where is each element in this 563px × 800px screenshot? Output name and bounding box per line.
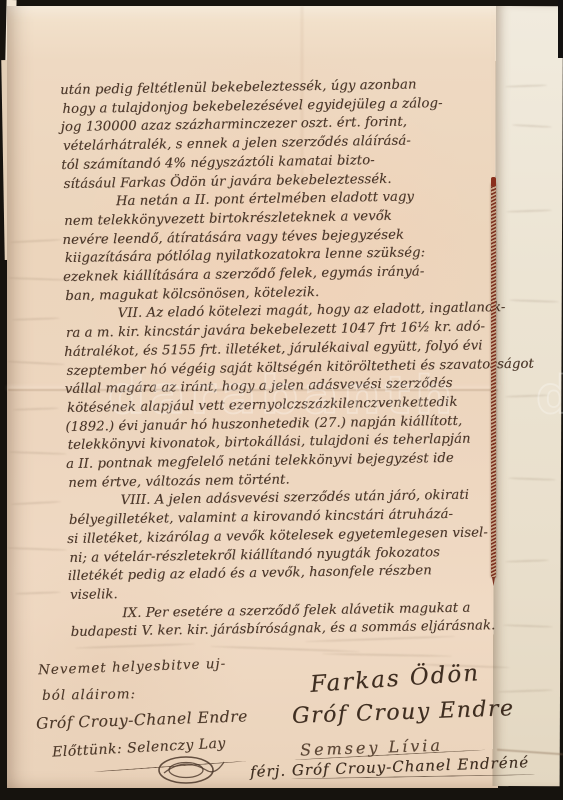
paraph-flourish: [154, 751, 226, 789]
attestation-signature: Gróf Crouy-Chanel Endre: [36, 707, 248, 732]
backdrop-corner: [558, 0, 563, 58]
signature: Gróf Crouy Endre: [292, 696, 515, 729]
binding-cord: [491, 183, 496, 578]
attestation-line: ból aláirom:: [42, 686, 136, 704]
signature-block: Farkas ÖdönGróf Crouy EndreSemsey Líviaf…: [248, 628, 563, 796]
signature: férj. Gróf Crouy-Chanel Endréné: [250, 753, 530, 781]
paragraph: VII. Az eladó kötelezi magát, hogy az el…: [64, 300, 505, 494]
signature: Farkas Ödön: [309, 660, 481, 698]
attestation-line: Nevemet helyesbitve uj-: [38, 656, 227, 679]
paragraph: VIII. A jelen adásvevési szerződés után …: [66, 487, 506, 606]
manuscript-body: után pedig feltétlenül bekebeleztessék, …: [60, 75, 507, 643]
photograph-of-manuscript: { "photo": { "description_visible": "sca…: [0, 0, 563, 800]
paragraph: Ha netán a II. pont értelmében eladott v…: [62, 187, 502, 306]
paragraph: után pedig feltétlenül bekebeleztessék, …: [60, 75, 500, 194]
